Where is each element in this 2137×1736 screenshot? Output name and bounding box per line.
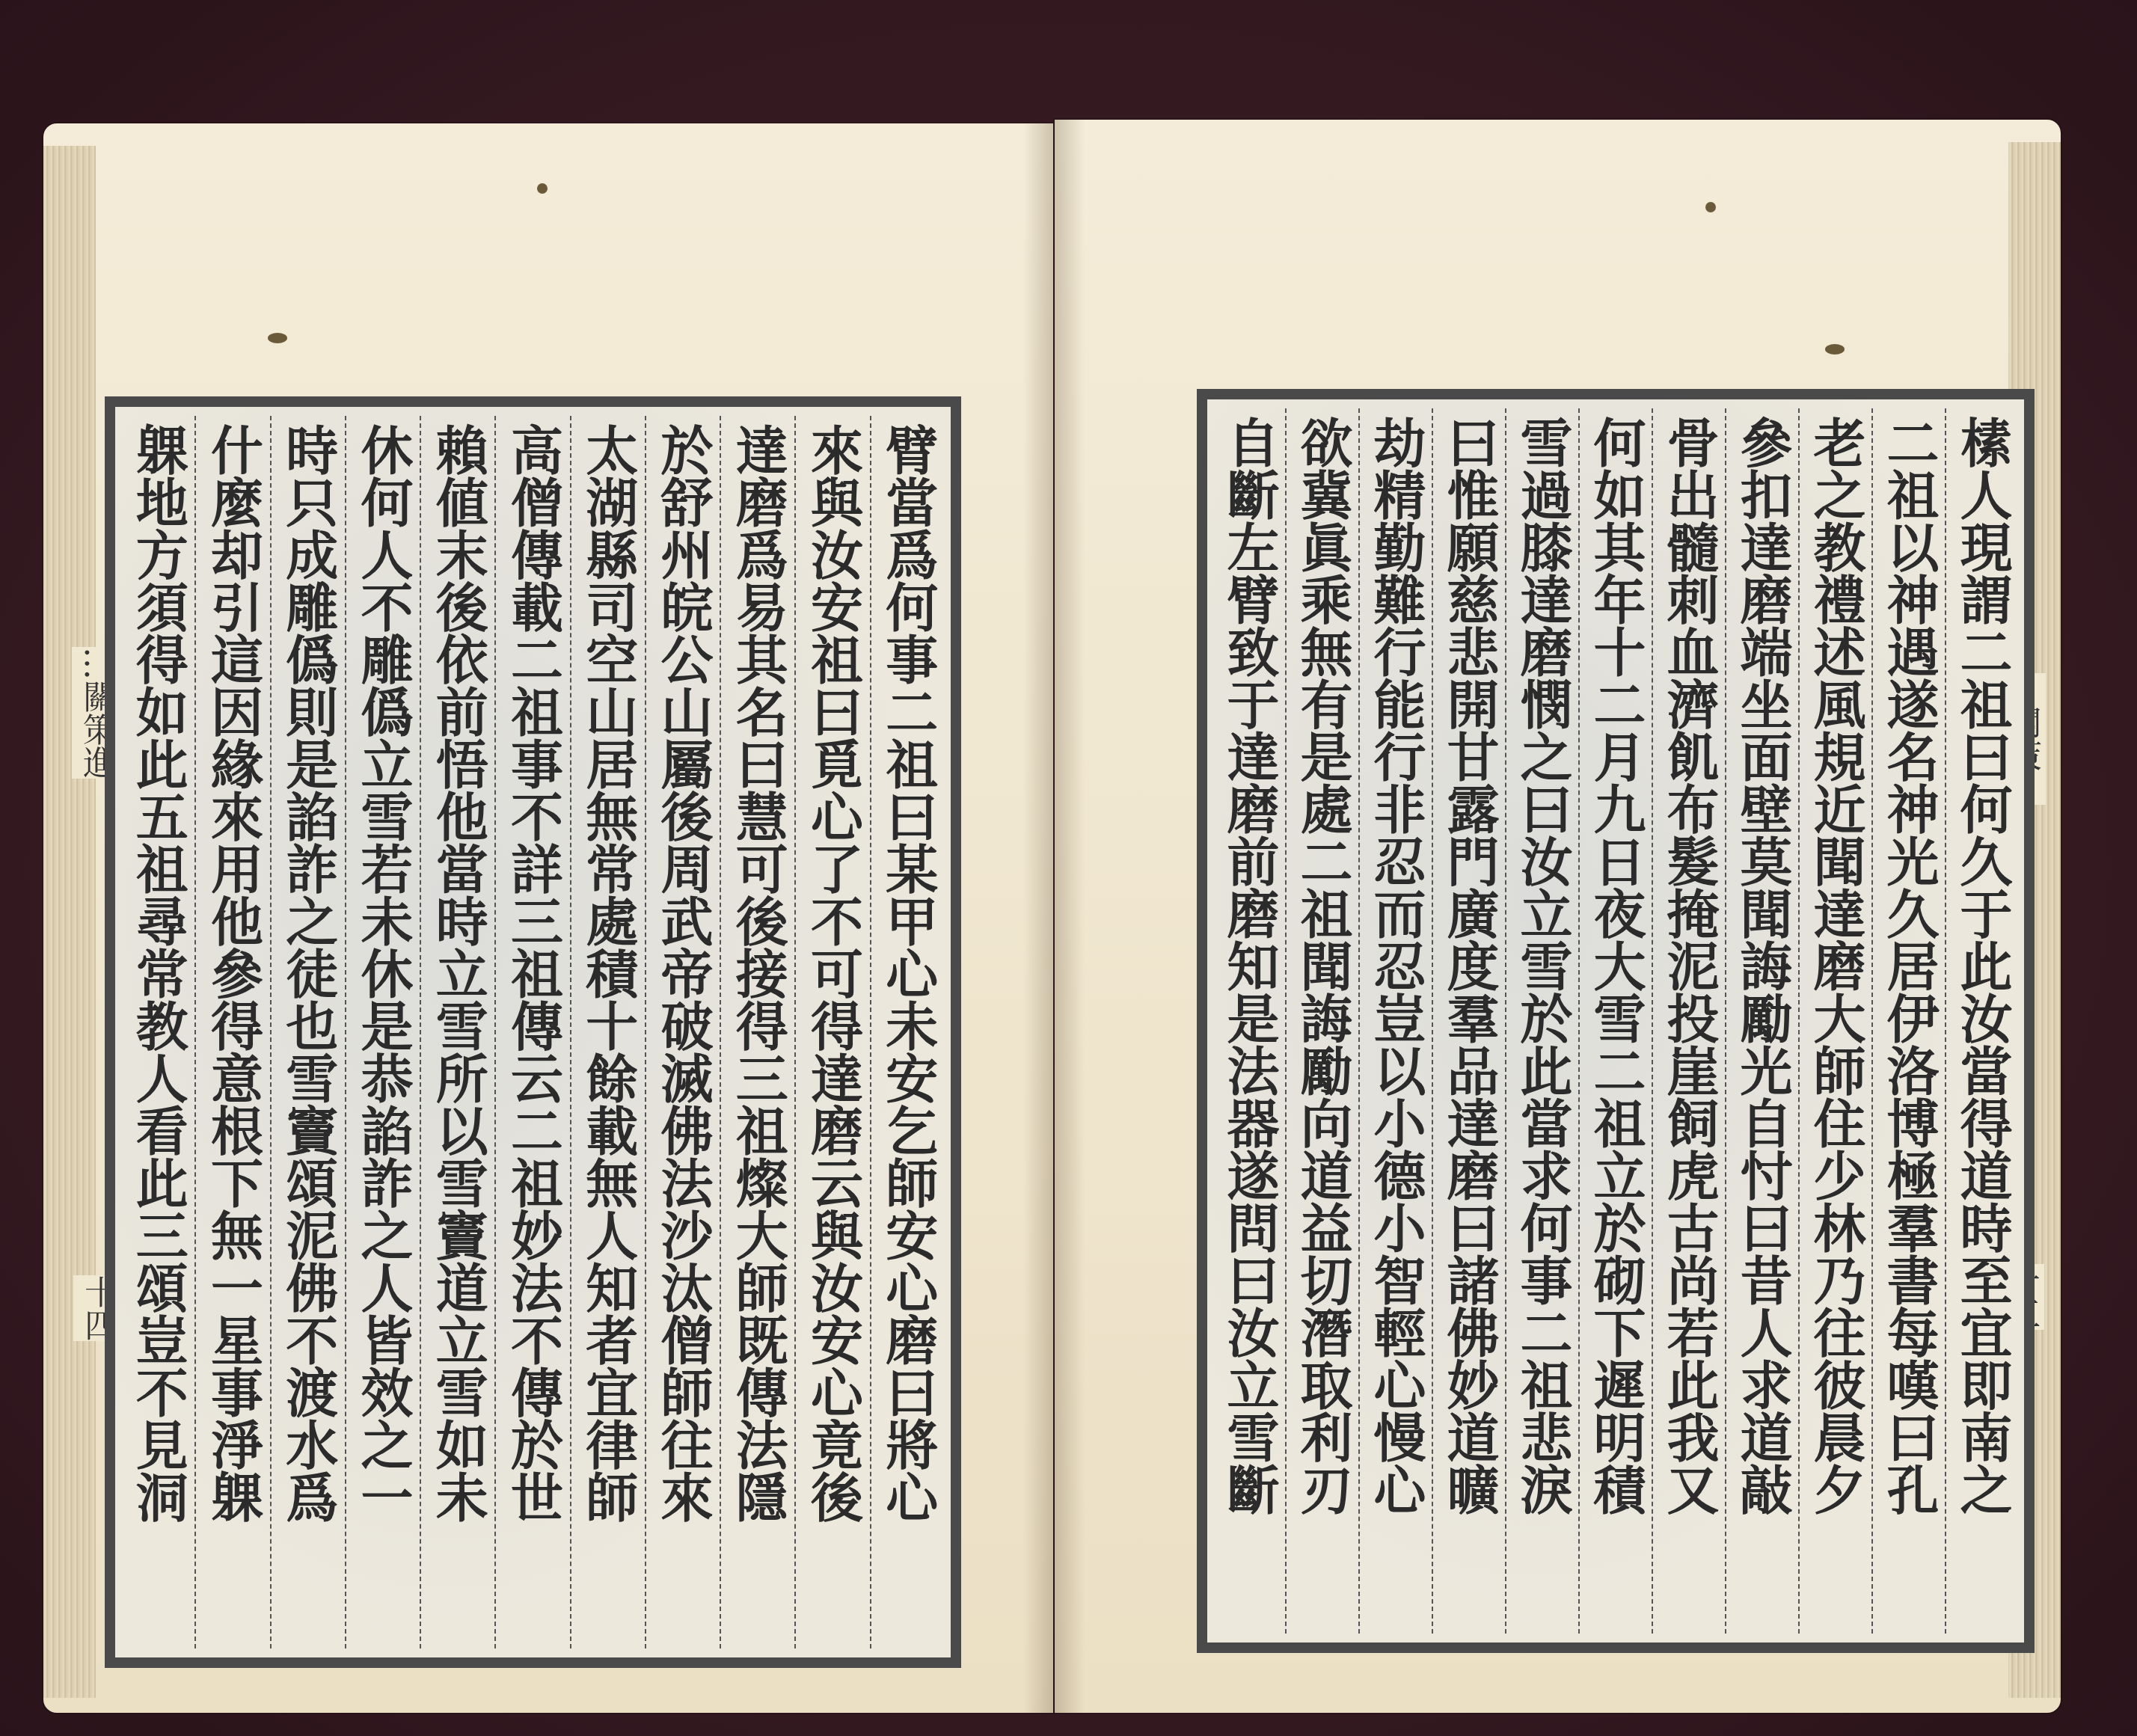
column-text: 劫精勤難行能行非忍而忍豈以小德小智輕心慢心: [1370, 408, 1422, 1634]
text-column: 參扣達磨端坐面壁莫聞誨勵光自忖曰昔人求道敲: [1725, 408, 1798, 1634]
text-column: 達磨爲易其名曰慧可後接得三祖燦大師既傳法隱: [720, 416, 794, 1648]
column-text: 自斷左臂致于達磨前磨知是法器遂問曰汝立雪斷: [1223, 408, 1275, 1634]
column-text: 達磨爲易其名曰慧可後接得三祖燦大師既傳法隱: [732, 416, 784, 1648]
column-text: 賴値末後依前悟他當時立雪所以雪竇道立雪如未: [432, 416, 484, 1648]
text-column: 欲冀眞乘無有是處二祖聞誨勵向道益切潛取利刃: [1285, 408, 1358, 1634]
column-text: 躶地方須得如此五祖尋常教人看此三頌豈不見洞: [132, 416, 184, 1648]
left-page: …關策進 十四 臂當爲何事二祖曰某甲心未安乞師安心磨曰將心 來與汝安祖曰覓心了不…: [43, 123, 1053, 1713]
text-column: 劫精勤難行能行非忍而忍豈以小德小智輕心慢心: [1358, 408, 1432, 1634]
column-text: 休何人不雕僞立雪若未休是恭諂詐之人皆效之一: [357, 416, 409, 1648]
text-column: 骨出髓刺血濟飢布髮掩泥投崖飼虎古尚若此我又: [1652, 408, 1725, 1634]
column-text: 骨出髓刺血濟飢布髮掩泥投崖飼虎古尚若此我又: [1663, 408, 1715, 1634]
column-text: 老之教禮述風規近聞達磨大師住少林乃往彼晨夕: [1809, 408, 1862, 1634]
column-text: 時只成雕僞則是諂詐之徒也雪竇頌泥佛不渡水爲: [282, 416, 334, 1648]
gutter-shadow: [1055, 120, 1085, 1713]
fore-edge: [43, 146, 96, 1698]
column-text: 曰惟願慈悲開甘露門廣度羣品達磨曰諸佛妙道曠: [1443, 408, 1495, 1634]
text-column: 榡人現謂二祖曰何久于此汝當得道時至宜即南之: [1945, 408, 2018, 1634]
column-text: 何如其年十二月九日夜大雪二祖立於砌下遲明積: [1589, 408, 1642, 1634]
text-column: 雪過膝達磨憫之曰汝立雪於此當求何事二祖悲淚: [1505, 408, 1578, 1634]
column-text: 來與汝安祖曰覓心了不可得達磨云與汝安心竟後: [807, 416, 859, 1648]
column-text: 臂當爲何事二祖曰某甲心未安乞師安心磨曰將心: [882, 416, 934, 1648]
column-text: 二祖以神遇遂名神光久居伊洛博極羣書每嘆曰孔: [1883, 408, 1935, 1634]
column-text: 什麼却引這因緣來用他參得意根下無一星事淨躶: [206, 416, 259, 1648]
column-text: 欲冀眞乘無有是處二祖聞誨勵向道益切潛取利刃: [1296, 408, 1349, 1634]
text-column: 休何人不雕僞立雪若未休是恭諂詐之人皆效之一: [345, 416, 420, 1648]
column-text: 榡人現謂二祖曰何久于此汝當得道時至宜即南之: [1956, 408, 2008, 1634]
column-text: 太湖縣司空山居無常處積十餘載無人知者宜律師: [582, 416, 634, 1648]
text-columns: 臂當爲何事二祖曰某甲心未安乞師安心磨曰將心 來與汝安祖曰覓心了不可得達磨云與汝安…: [121, 416, 945, 1648]
text-frame: 榡人現謂二祖曰何久于此汝當得道時至宜即南之 二祖以神遇遂名神光久居伊洛博極羣書每…: [1197, 389, 2035, 1653]
text-column: 高僧傳載二祖事不詳三祖傳云二祖妙法不傳於世: [494, 416, 569, 1648]
text-columns: 榡人現謂二祖曰何久于此汝當得道時至宜即南之 二祖以神遇遂名神光久居伊洛博極羣書每…: [1213, 408, 2018, 1634]
column-text: 於舒州皖公山屬後周武帝破滅佛法沙汰僧師往來: [657, 416, 709, 1648]
column-text: 參扣達磨端坐面壁莫聞誨勵光自忖曰昔人求道敲: [1736, 408, 1788, 1634]
gutter-shadow: [1023, 123, 1053, 1713]
worm-hole: [537, 183, 548, 194]
text-column: 老之教禮述風規近聞達磨大師住少林乃往彼晨夕: [1798, 408, 1871, 1634]
text-frame: 臂當爲何事二祖曰某甲心未安乞師安心磨曰將心 來與汝安祖曰覓心了不可得達磨云與汝安…: [105, 396, 961, 1668]
right-page: …關策… 十三 榡人現謂二祖曰何久于此汝當得道時至宜即南之 二祖以神遇遂名神光久…: [1055, 120, 2061, 1713]
text-column: 曰惟願慈悲開甘露門廣度羣品達磨曰諸佛妙道曠: [1432, 408, 1505, 1634]
text-column: 二祖以神遇遂名神光久居伊洛博極羣書每嘆曰孔: [1871, 408, 1945, 1634]
worm-hole: [1705, 202, 1716, 212]
text-column: 於舒州皖公山屬後周武帝破滅佛法沙汰僧師往來: [645, 416, 720, 1648]
column-text: 高僧傳載二祖事不詳三祖傳云二祖妙法不傳於世: [507, 416, 559, 1648]
text-column: 賴値末後依前悟他當時立雪所以雪竇道立雪如未: [420, 416, 494, 1648]
text-column: 何如其年十二月九日夜大雪二祖立於砌下遲明積: [1578, 408, 1652, 1634]
text-column: 來與汝安祖曰覓心了不可得達磨云與汝安心竟後: [794, 416, 869, 1648]
worm-hole: [268, 333, 287, 343]
worm-hole: [1825, 344, 1845, 355]
text-column: 躶地方須得如此五祖尋常教人看此三頌豈不見洞: [121, 416, 194, 1648]
text-column: 時只成雕僞則是諂詐之徒也雪竇頌泥佛不渡水爲: [270, 416, 345, 1648]
text-column: 臂當爲何事二祖曰某甲心未安乞師安心磨曰將心: [870, 416, 945, 1648]
text-column: 什麼却引這因緣來用他參得意根下無一星事淨躶: [194, 416, 269, 1648]
text-column: 自斷左臂致于達磨前磨知是法器遂問曰汝立雪斷: [1213, 408, 1285, 1634]
column-text: 雪過膝達磨憫之曰汝立雪於此當求何事二祖悲淚: [1516, 408, 1569, 1634]
text-column: 太湖縣司空山居無常處積十餘載無人知者宜律師: [570, 416, 645, 1648]
